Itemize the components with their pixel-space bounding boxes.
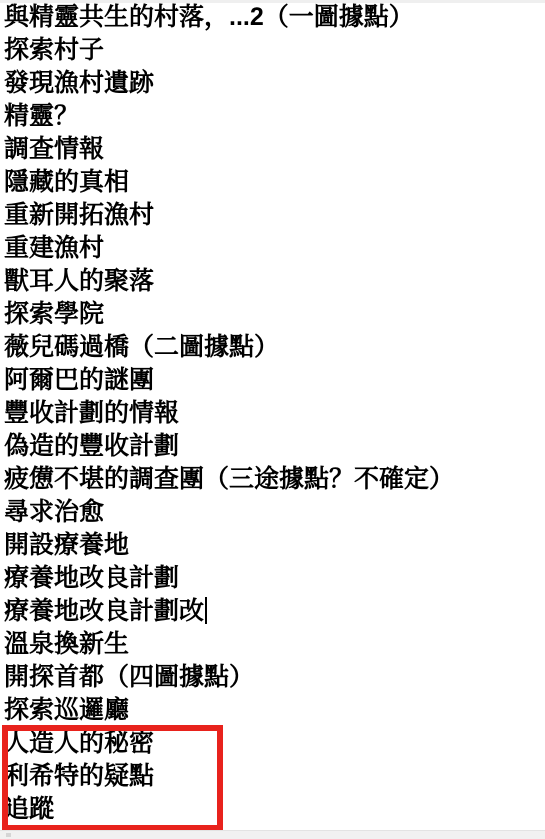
quest-line-text: 疲憊不堪的調查團（三途據點？不確定） [4,465,454,493]
small-gray-mark [6,833,11,837]
quest-line-text: 療養地改良計劃 [4,564,179,592]
quest-line-text: 與精靈共生的村落，...2（一圖據點） [4,3,414,31]
quest-line-text: 溫泉換新生 [4,630,129,658]
quest-line-text: 豐收計劃的情報 [4,399,179,427]
quest-line-text: 調查情報 [4,135,104,163]
quest-line-text: 精靈？ [4,102,79,130]
quest-line-text: 療養地改良計劃改 [4,597,204,625]
quest-line[interactable]: 尋求治愈 [4,496,541,529]
quest-line[interactable]: 與精靈共生的村落，...2（一圖據點） [4,1,541,34]
quest-line[interactable]: 阿爾巴的謎團 [4,364,541,397]
quest-line-text: 重新開拓漁村 [4,201,154,229]
quest-line[interactable]: 利希特的疑點 [4,760,541,793]
quest-list: 與精靈共生的村落，...2（一圖據點）探索村子發現漁村遺跡精靈？調查情報隱藏的真… [4,1,541,826]
quest-line-text: 開設療養地 [4,531,129,559]
quest-line-text: 追蹤 [4,795,54,823]
quest-line[interactable]: 精靈？ [4,100,541,133]
quest-line-text: 探索村子 [4,36,104,64]
text-caret [205,597,207,624]
quest-line[interactable]: 開設療養地 [4,529,541,562]
quest-line-text: 尋求治愈 [4,498,104,526]
quest-line-text: 隱藏的真相 [4,168,129,196]
quest-line[interactable]: 療養地改良計劃 [4,562,541,595]
quest-line-text: 薇兒碼過橋（二圖據點） [4,333,279,361]
quest-line[interactable]: 探索巡邏廳 [4,694,541,727]
quest-line[interactable]: 調查情報 [4,133,541,166]
quest-line-text: 探索巡邏廳 [4,696,129,724]
quest-line[interactable]: 人造人的秘密 [4,727,541,760]
quest-line-text: 重建漁村 [4,234,104,262]
quest-line[interactable]: 獸耳人的聚落 [4,265,541,298]
quest-line[interactable]: 發現漁村遺跡 [4,67,541,100]
quest-line[interactable]: 療養地改良計劃改 [4,595,541,628]
quest-line[interactable]: 探索村子 [4,34,541,67]
quest-line[interactable]: 探索學院 [4,298,541,331]
quest-line[interactable]: 開探首都（四圖據點） [4,661,541,694]
quest-line-text: 開探首都（四圖據點） [4,663,254,691]
quest-line-text: 人造人的秘密 [4,729,154,757]
quest-line[interactable]: 隱藏的真相 [4,166,541,199]
quest-line[interactable]: 薇兒碼過橋（二圖據點） [4,331,541,364]
quest-line[interactable]: 豐收計劃的情報 [4,397,541,430]
quest-line[interactable]: 追蹤 [4,793,541,826]
quest-line-text: 獸耳人的聚落 [4,267,154,295]
quest-line[interactable]: 偽造的豐收計劃 [4,430,541,463]
quest-line-text: 利希特的疑點 [4,762,154,790]
bottom-edge-strip [0,830,545,839]
quest-line-text: 探索學院 [4,300,104,328]
quest-line-text: 偽造的豐收計劃 [4,432,179,460]
quest-line[interactable]: 溫泉換新生 [4,628,541,661]
quest-line[interactable]: 重建漁村 [4,232,541,265]
quest-line-text: 阿爾巴的謎團 [4,366,154,394]
quest-line[interactable]: 疲憊不堪的調查團（三途據點？不確定） [4,463,541,496]
quest-line-text: 發現漁村遺跡 [4,69,154,97]
quest-line[interactable]: 重新開拓漁村 [4,199,541,232]
